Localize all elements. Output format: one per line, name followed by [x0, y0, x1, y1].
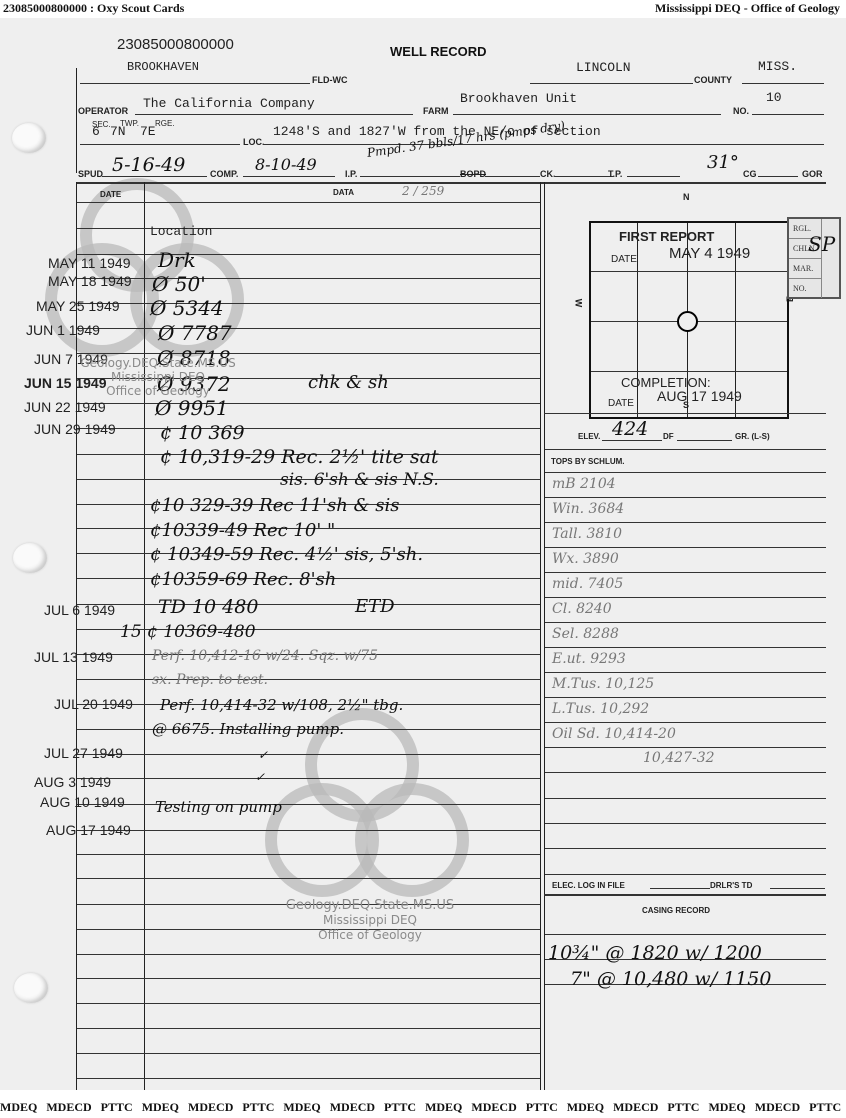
ruled-line: [77, 854, 540, 855]
footer-item: MDEQ: [283, 1100, 320, 1114]
tops-item: E.ut. 9293: [552, 651, 626, 667]
ruled-line: [77, 328, 540, 329]
completion-date-label: DATE: [608, 398, 634, 409]
log-row-date: JUL 6 1949: [44, 602, 115, 618]
loc-line: [263, 144, 824, 145]
ruled-line: [545, 672, 826, 673]
compass-north: N: [683, 192, 690, 202]
casing-item: 7" @ 10,480 w/ 1150: [570, 968, 772, 990]
spud-value: 5-16-49: [112, 154, 185, 176]
ruled-line: [77, 228, 540, 229]
footer-item: MDEQ: [425, 1100, 462, 1114]
footer-item: MDEQ: [567, 1100, 604, 1114]
ruled-line: [77, 353, 540, 354]
farm-line: [453, 114, 721, 115]
section-divider: [544, 413, 826, 414]
ruled-line: [545, 823, 826, 824]
log-row-note: chk & sh: [308, 372, 389, 393]
footer-item: MDECD: [613, 1100, 658, 1114]
rge-label: RGE.: [155, 119, 175, 128]
footer-item: MDECD: [188, 1100, 233, 1114]
gr-label: GR. (L-S): [735, 432, 770, 441]
log-row-date: MAY 18 1949: [48, 273, 132, 289]
log-row-data: ¢ 10 369: [160, 422, 245, 444]
ruled-line: [545, 934, 826, 935]
log-row-data: Perf. 10,412-16 w/24. Sqz. w/75: [152, 648, 378, 664]
first-report-date: MAY 4 1949: [669, 245, 750, 262]
ruled-line: [545, 472, 826, 473]
log-row-date: JUL 27 1949: [44, 745, 123, 761]
form-title: WELL RECORD: [390, 44, 487, 59]
log-row-data: ¢ 10349-59 Rec. 4½' sis, 5'sh.: [150, 544, 423, 565]
ruled-line: [77, 1003, 540, 1004]
elec-log-line: [650, 888, 710, 889]
log-row-date: MAY 11 1949: [48, 255, 131, 271]
log-row-data: TD 10 480: [158, 596, 258, 618]
ruled-line: [77, 604, 540, 605]
tp-line: [627, 176, 680, 177]
log-row-date: JUN 29 1949: [34, 421, 116, 437]
comp-value: 8-10-49: [255, 155, 317, 174]
punch-hole: [12, 123, 46, 153]
operator-line: [135, 114, 413, 115]
log-row-date: JUN 1 1949: [26, 322, 100, 338]
cp-value: 31°: [707, 152, 739, 173]
log-row-data: ¢ 10,319-29 Rec. 2½' tite sat: [160, 446, 439, 468]
log-row-data: ¢10339-49 Rec 10' ": [150, 520, 335, 541]
ck-line: [555, 176, 613, 177]
tp-label: T.P.: [608, 169, 622, 179]
log-row-data: Ø 50': [152, 272, 206, 296]
sec-line: [80, 144, 240, 145]
check-mark-icon: ✓: [258, 748, 268, 762]
tops-item: M.Tus. 10,125: [552, 676, 654, 692]
ruled-line: [545, 798, 826, 799]
header-divider: [76, 182, 826, 184]
elev-value: 424: [612, 418, 648, 440]
log-row-note: ETD: [355, 596, 395, 617]
first-report-date-label: DATE: [611, 254, 637, 265]
county-line: [530, 83, 693, 84]
watermark-text: Mississippi DEQ: [78, 370, 238, 384]
ruled-line: [545, 722, 826, 723]
tops-item: 10,427-32: [643, 750, 715, 766]
log-row-date: JUL 13 1949: [34, 649, 113, 665]
map-grid-line: [591, 371, 787, 372]
map-grid-line: [591, 271, 787, 272]
bopd-label: BOPD: [460, 169, 486, 179]
footer-item: MDEQ: [0, 1100, 37, 1114]
ruled-line: [545, 622, 826, 623]
log-row-data: Location: [150, 224, 212, 239]
ruled-line: [545, 647, 826, 648]
footer-item: MDECD: [46, 1100, 91, 1114]
ruled-line: [77, 202, 540, 203]
first-report-label: FIRST REPORT: [619, 229, 714, 244]
gor-label: GOR: [802, 169, 823, 179]
log-row-data: ¢10359-69 Rec. 8'sh: [150, 569, 336, 590]
routing-item: MAR.: [789, 259, 822, 279]
log-row-data: sis. 6'sh & sis N.S.: [280, 470, 439, 490]
ruled-line: [545, 522, 826, 523]
ruled-line: [545, 597, 826, 598]
ruled-line: [545, 497, 826, 498]
footer-item: PTTC: [242, 1100, 274, 1114]
log-row-date: AUG 3 1949: [34, 774, 111, 790]
ruled-line: [77, 804, 540, 805]
cg-label: CG: [743, 169, 757, 179]
completion-date: AUG 17 1949: [657, 388, 742, 404]
county-value: LINCOLN: [576, 60, 631, 75]
tops-item: Cl. 8240: [552, 601, 612, 617]
log-row-date: JUL 20 1949: [54, 696, 133, 712]
watermark-text: Office of Geology: [78, 384, 238, 398]
section-divider: [544, 894, 826, 896]
watermark-text: Geology.DEQ.State.MS.US: [270, 898, 470, 913]
drlr-td-line: [770, 888, 825, 889]
ruled-line: [545, 874, 826, 875]
log-row-date: MAY 25 1949: [36, 298, 120, 314]
sec-value: 6: [92, 124, 100, 139]
log-row-data: Ø 7787: [158, 321, 232, 345]
log-row-date: AUG 10 1949: [40, 794, 125, 810]
elev-label: ELEV.: [578, 432, 600, 441]
ip-line: [360, 176, 460, 177]
watermark-text: Mississippi DEQ: [270, 913, 470, 927]
watermark-text: Geology.DEQ.State.MS.US: [78, 356, 238, 370]
state-value: MISS.: [758, 59, 797, 74]
date-column-header: DATE: [100, 190, 121, 199]
state-line: [742, 83, 824, 84]
ruled-line: [77, 778, 540, 779]
comp-line: [243, 176, 335, 177]
ruled-line: [545, 697, 826, 698]
ruled-line: [77, 754, 540, 755]
routing-initials: SP: [808, 232, 835, 256]
routing-item: NO.: [789, 279, 822, 298]
tops-label: TOPS BY SCHLUM.: [551, 457, 625, 466]
log-row-data: Drk: [158, 248, 196, 272]
ruled-line: [545, 547, 826, 548]
publisher-title: Mississippi DEQ - Office of Geology: [655, 1, 840, 16]
field-label: FLD-WC: [312, 75, 348, 85]
ruled-line: [77, 278, 540, 279]
ruled-line: [77, 254, 540, 255]
log-row-data: Perf. 10,414-32 w/108, 2½" tbg.: [160, 696, 403, 714]
tops-item: mid. 7405: [552, 576, 623, 592]
ruled-line: [77, 830, 540, 831]
footer-item: MDECD: [330, 1100, 375, 1114]
footer-item: MDECD: [755, 1100, 800, 1114]
ruled-line: [545, 772, 826, 773]
well-no-value: 10: [766, 90, 782, 105]
casing-label: CASING RECORD: [642, 906, 710, 915]
well-no-label: NO.: [733, 106, 749, 116]
ruled-line: [77, 1053, 540, 1054]
watermark-logo-icon: [355, 783, 469, 897]
footer-item: PTTC: [101, 1100, 133, 1114]
data-column-border: [540, 182, 541, 1090]
ruled-line: [77, 1078, 540, 1079]
footer-item: PTTC: [667, 1100, 699, 1114]
footer-item: PTTC: [384, 1100, 416, 1114]
footer-agency-strip: MDEQMDECDPTTCMDEQMDECDPTTCMDEQMDECDPTTCM…: [0, 1100, 846, 1118]
log-row-data: Ø 9951: [155, 396, 229, 420]
punch-hole: [13, 543, 47, 573]
ruled-line: [77, 954, 540, 955]
footer-item: PTTC: [526, 1100, 558, 1114]
ruled-line: [545, 449, 826, 450]
document-title: 23085000800000 : Oxy Scout Cards: [3, 1, 184, 16]
check-mark-icon: ✓: [255, 770, 265, 784]
well-location-marker-icon: [677, 311, 698, 332]
drlr-td-label: DRLR'S TD: [710, 881, 752, 890]
log-row-data: @ 6675. Installing pump.: [152, 720, 344, 738]
ruled-line: [77, 679, 540, 680]
comp-label: COMP.: [210, 169, 238, 179]
tops-item: Win. 3684: [552, 501, 624, 517]
tops-item: mB 2104: [552, 476, 616, 492]
log-row-data: ¢10 329-39 Rec 11'sh & sis: [150, 495, 400, 516]
form-border: [76, 68, 77, 173]
field-line: [80, 83, 310, 84]
log-row-date: JUN 22 1949: [24, 399, 106, 415]
data-column-header: DATA: [333, 188, 354, 197]
elec-log-label: ELEC. LOG IN FILE: [552, 881, 625, 890]
elev-line: [602, 440, 662, 441]
location-map: FIRST REPORT DATE MAY 4 1949 COMPLETION:…: [589, 221, 789, 419]
tops-item: Tall. 3810: [552, 526, 622, 542]
farm-value: Brookhaven Unit: [460, 91, 577, 106]
log-row-data: 15 ¢ 10369-480: [120, 622, 256, 642]
ruled-line: [77, 303, 540, 304]
well-record-card: 23085000800000 WELL RECORD BROOKHAVEN FL…: [0, 18, 846, 1090]
spud-label: SPUD: [78, 169, 103, 179]
routing-tab: RGL. CHLN. MAR. NO.: [787, 217, 841, 299]
compass-west: W: [573, 299, 583, 308]
spud-line: [102, 176, 207, 177]
operator-value: The California Company: [143, 96, 315, 111]
loc-label: LOC.: [243, 137, 265, 147]
footer-item: PTTC: [809, 1100, 841, 1114]
field-value: BROOKHAVEN: [127, 60, 199, 74]
log-row-data: sx. Prep. to test.: [152, 672, 268, 688]
ruled-line: [545, 572, 826, 573]
watermark-text: Office of Geology: [270, 928, 470, 942]
punch-hole: [14, 973, 48, 1003]
well-no-line: [752, 114, 824, 115]
ruled-line: [545, 747, 826, 748]
bopd-line: [485, 176, 540, 177]
twp-value: 7N: [110, 124, 126, 139]
ck-label: CK.: [540, 169, 556, 179]
tops-item: Sel. 8288: [552, 626, 619, 642]
log-row-data: Testing on pump: [155, 798, 282, 816]
footer-item: MDECD: [471, 1100, 516, 1114]
ip-label: I.P.: [345, 169, 357, 179]
ruled-line: [77, 878, 540, 879]
df-line: [677, 440, 732, 441]
footer-item: MDEQ: [708, 1100, 745, 1114]
rge-value: 7E: [140, 124, 156, 139]
log-row-date: AUG 17 1949: [46, 822, 131, 838]
document-title-bar: 23085000800000 : Oxy Scout Cards Mississ…: [0, 0, 846, 18]
margin-note: 2 / 259: [402, 184, 444, 198]
tops-item: L.Tus. 10,292: [552, 701, 649, 717]
tops-item: Wx. 3890: [552, 551, 619, 567]
farm-label: FARM: [423, 106, 449, 116]
ruled-line: [77, 403, 540, 404]
api-number: 23085000800000: [117, 36, 234, 53]
footer-item: MDEQ: [142, 1100, 179, 1114]
tops-item: Oil Sd. 10,414-20: [552, 726, 676, 742]
ruled-line: [545, 848, 826, 849]
ruled-line: [77, 1028, 540, 1029]
ruled-line: [77, 978, 540, 979]
county-label: COUNTY: [694, 75, 732, 85]
df-label: DF: [663, 432, 674, 441]
ruled-line: [77, 428, 540, 429]
data-column-border: [544, 182, 545, 1090]
log-row-data: Ø 5344: [150, 296, 224, 320]
casing-item: 10¾" @ 1820 w/ 1200: [548, 942, 762, 964]
operator-label: OPERATOR: [78, 106, 128, 116]
cg-line: [758, 176, 798, 177]
